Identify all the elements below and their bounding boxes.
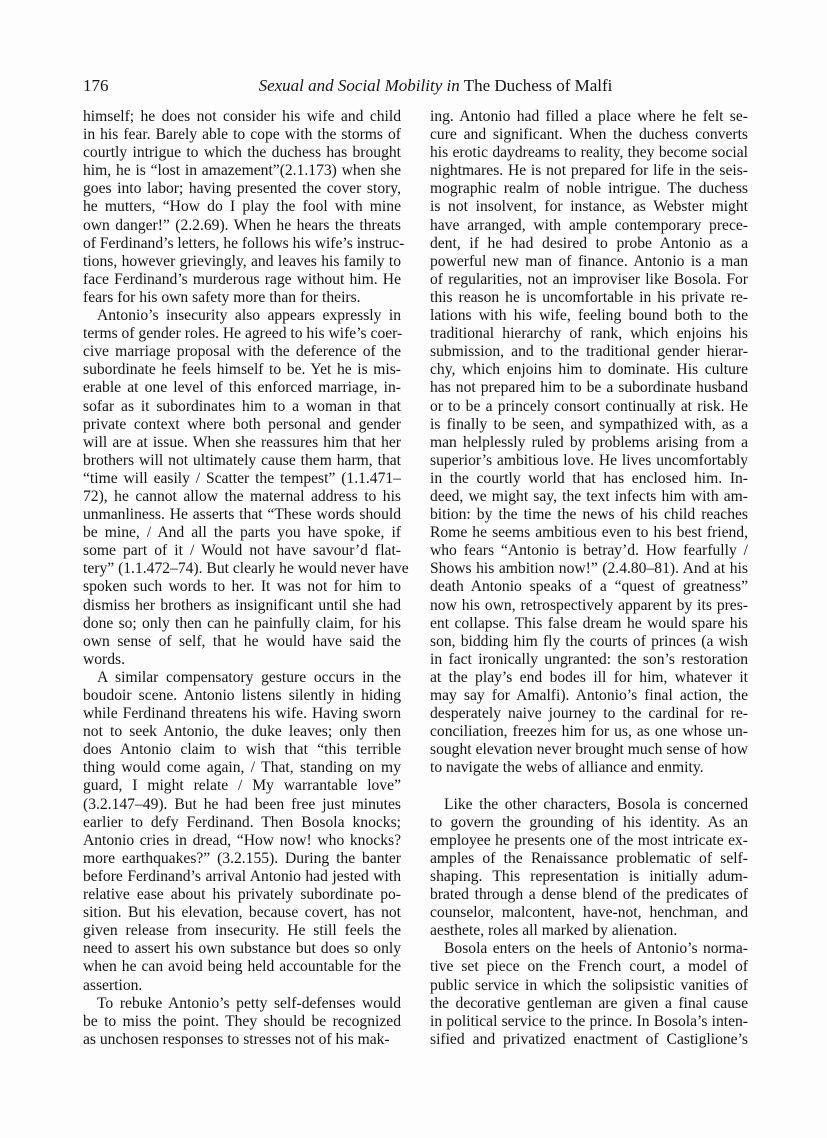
text-line: this reason he is uncomfortable in his p…: [430, 289, 748, 307]
text-line: amples of the Renaissance problematic of…: [430, 850, 748, 868]
text-line: aesthete, roles all marked by alienation…: [430, 922, 748, 940]
text-line: will are at issue. When she reassures hi…: [83, 434, 401, 452]
text-line: ing. Antonio had filled a place where he…: [430, 108, 748, 126]
text-line: has not prepared him to be a subordinate…: [430, 379, 748, 397]
text-line: bition: by the time the news of his chil…: [430, 506, 748, 524]
text-line: public service in which the solipsistic …: [430, 977, 748, 995]
text-line: in the courtly world that has enclosed h…: [430, 470, 748, 488]
text-line: cive marriage proposal with the deferenc…: [83, 343, 401, 361]
text-line: done so; only then can he painfully clai…: [83, 615, 401, 633]
text-line: mographic realm of noble intrigue. The d…: [430, 180, 748, 198]
text-line: his erotic daydreams to reality, they be…: [430, 144, 748, 162]
text-line: sofar as it subordinates him to a woman …: [83, 398, 401, 416]
text-line: chy, which enjoins him to dominate. His …: [430, 361, 748, 379]
text-line: assertion.: [83, 977, 401, 995]
text-line: submission, and to the traditional gende…: [430, 343, 748, 361]
text-line: tions, however grievingly, and leaves hi…: [83, 253, 401, 271]
text-line: brated through a dense blend of the pred…: [430, 886, 748, 904]
text-line: in fact ironically ungranted: the son’s …: [430, 651, 748, 669]
book-page: 176 Sexual and Social Mobility in The Du…: [0, 0, 827, 1138]
text-line: boudoir scene. Antonio listens silently …: [83, 687, 401, 705]
text-line: more earthquakes?” (3.2.155). During the…: [83, 850, 401, 868]
text-line: relative ease about his privately subord…: [83, 886, 401, 904]
text-line: fears for his own safety more than for t…: [83, 289, 401, 307]
text-line: words.: [83, 651, 401, 669]
text-line: own danger!” (2.2.69). When he hears the…: [83, 217, 401, 235]
text-line: have arranged, with ample contemporary p…: [430, 217, 748, 235]
text-line: spoken such words to her. It was not for…: [83, 578, 401, 596]
text-line: when he can avoid being held accountable…: [83, 958, 401, 976]
text-line: Rome he seems ambitious even to his best…: [430, 524, 748, 542]
text-line: himself; he does not consider his wife a…: [83, 108, 401, 126]
text-line: ent collapse. This false dream he would …: [430, 615, 748, 633]
page-header: 176 Sexual and Social Mobility in The Du…: [83, 76, 748, 100]
text-line: is finally to be seen, and sympathized w…: [430, 416, 748, 434]
text-line: earlier to defy Ferdinand. Then Bosola k…: [83, 814, 401, 832]
text-line: dent, if he had desired to probe Antonio…: [430, 235, 748, 253]
text-line: erable at one level of this enforced mar…: [83, 379, 401, 397]
text-line: own sense of self, that he would have sa…: [83, 633, 401, 651]
text-line: subordinate he feels himself to be. Yet …: [83, 361, 401, 379]
text-line: before Ferdinand’s arrival Antonio had j…: [83, 868, 401, 886]
text-line: given release from insecurity. He still …: [83, 922, 401, 940]
text-line: him, he is “lost in amazement”(2.1.173) …: [83, 162, 401, 180]
text-line: brothers will not ultimately cause them …: [83, 452, 401, 470]
text-line: thing would come again, / That, standing…: [83, 759, 401, 777]
text-line: cure and significant. When the duchess c…: [430, 126, 748, 144]
text-line: desperately naive journey to the cardina…: [430, 705, 748, 723]
text-line: Shows his ambition now!” (2.4.80–81). An…: [430, 560, 748, 578]
text-line: as unchosen responses to stresses not of…: [83, 1031, 401, 1049]
text-line: who fears “Antonio is betray’d. How fear…: [430, 542, 748, 560]
text-line: Bosola enters on the heels of Antonio’s …: [430, 940, 748, 958]
text-line: the decorative gentleman are given a fin…: [430, 995, 748, 1013]
text-line: at the play’s end bodes ill for him, wha…: [430, 669, 748, 687]
text-line: Like the other characters, Bosola is con…: [430, 796, 748, 814]
running-head: Sexual and Social Mobility in The Duches…: [83, 76, 748, 96]
running-head-title: The Duchess of Malfi: [464, 76, 613, 95]
text-line: goes into labor; having presented the co…: [83, 180, 401, 198]
text-line: to navigate the webs of alliance and enm…: [430, 759, 748, 777]
text-line: he mutters, “How do I play the fool with…: [83, 198, 401, 216]
text-line: may say for Amalfi). Antonio’s final act…: [430, 687, 748, 705]
text-line: not to seek Antonio, the duke leaves; on…: [83, 723, 401, 741]
left-column: himself; he does not consider his wife a…: [83, 108, 401, 1049]
text-line: while Ferdinand threatens his wife. Havi…: [83, 705, 401, 723]
text-line: counselor, malcontent, have-not, henchma…: [430, 904, 748, 922]
running-head-italic: Sexual and Social Mobility in: [259, 76, 460, 95]
text-line: face Ferdinand’s murderous rage without …: [83, 271, 401, 289]
text-line: in his fear. Barely able to cope with th…: [83, 126, 401, 144]
text-line: Antonio’s insecurity also appears expres…: [83, 307, 401, 325]
text-line: sought elevation never brought much sens…: [430, 741, 748, 759]
text-line: of regularities, not an improviser like …: [430, 271, 748, 289]
text-line: private context where both personal and …: [83, 416, 401, 434]
paragraph: A similar compensatory gesture occurs in…: [83, 669, 401, 995]
text-line: nightmares. He is not prepared for life …: [430, 162, 748, 180]
paragraph: Like the other characters, Bosola is con…: [430, 796, 748, 941]
paragraph: ing. Antonio had filled a place where he…: [430, 108, 748, 777]
right-column: ing. Antonio had filled a place where he…: [430, 108, 748, 1049]
text-line: tery” (1.1.472–74). But clearly he would…: [83, 560, 401, 578]
text-line: unmanliness. He asserts that “These word…: [83, 506, 401, 524]
text-line: death Antonio speaks of a “quest of grea…: [430, 578, 748, 596]
text-line: To rebuke Antonio’s petty self-defenses …: [83, 995, 401, 1013]
text-line: terms of gender roles. He agreed to his …: [83, 325, 401, 343]
text-line: sition. But his elevation, because cover…: [83, 904, 401, 922]
text-line: in political service to the prince. In B…: [430, 1013, 748, 1031]
text-line: Antonio cries in dread, “How now! who kn…: [83, 832, 401, 850]
text-line: tive set piece on the French court, a mo…: [430, 958, 748, 976]
text-line: employee he presents one of the most int…: [430, 832, 748, 850]
text-line: of Ferdinand’s letters, he follows his w…: [83, 235, 401, 253]
text-line: powerful new man of finance. Antonio is …: [430, 253, 748, 271]
text-line: shaping. This representation is initiall…: [430, 868, 748, 886]
text-line: to govern the grounding of his identity.…: [430, 814, 748, 832]
text-line: “time will easily / Scatter the tempest”…: [83, 470, 401, 488]
text-line: be to miss the point. They should be rec…: [83, 1013, 401, 1031]
paragraph: To rebuke Antonio’s petty self-defenses …: [83, 995, 401, 1049]
text-line: or to be a princely consort continually …: [430, 398, 748, 416]
paragraph: Bosola enters on the heels of Antonio’s …: [430, 940, 748, 1049]
paragraph-gap: [430, 777, 748, 795]
text-line: 72), he cannot allow the maternal addres…: [83, 488, 401, 506]
paragraph: Antonio’s insecurity also appears expres…: [83, 307, 401, 669]
text-line: is not insolvent, for instance, as Webst…: [430, 198, 748, 216]
text-line: courtly intrigue to which the duchess ha…: [83, 144, 401, 162]
text-line: guard, I might relate / My warrantable l…: [83, 777, 401, 795]
text-line: dismiss her brothers as insignificant un…: [83, 597, 401, 615]
text-line: need to assert his own substance but doe…: [83, 940, 401, 958]
text-line: (3.2.147–49). But he had been free just …: [83, 796, 401, 814]
text-line: be mine, / And all the parts you have sp…: [83, 524, 401, 542]
text-line: man helplessly ruled by problems arising…: [430, 434, 748, 452]
text-line: A similar compensatory gesture occurs in…: [83, 669, 401, 687]
text-line: sified and privatized enactment of Casti…: [430, 1031, 748, 1049]
text-line: superior’s ambitious love. He lives unco…: [430, 452, 748, 470]
text-line: lations with his wife, feeling bound bot…: [430, 307, 748, 325]
text-line: son, bidding him fly the courts of princ…: [430, 633, 748, 651]
text-line: traditional hierarchy of rank, which enj…: [430, 325, 748, 343]
text-line: some part of it / Would not have savour’…: [83, 542, 401, 560]
text-line: does Antonio claim to wish that “this te…: [83, 741, 401, 759]
text-line: deed, we might say, the text infects him…: [430, 488, 748, 506]
text-line: now his own, retrospectively apparent by…: [430, 597, 748, 615]
text-line: conciliation, freezes him for us, as one…: [430, 723, 748, 741]
paragraph: himself; he does not consider his wife a…: [83, 108, 401, 307]
